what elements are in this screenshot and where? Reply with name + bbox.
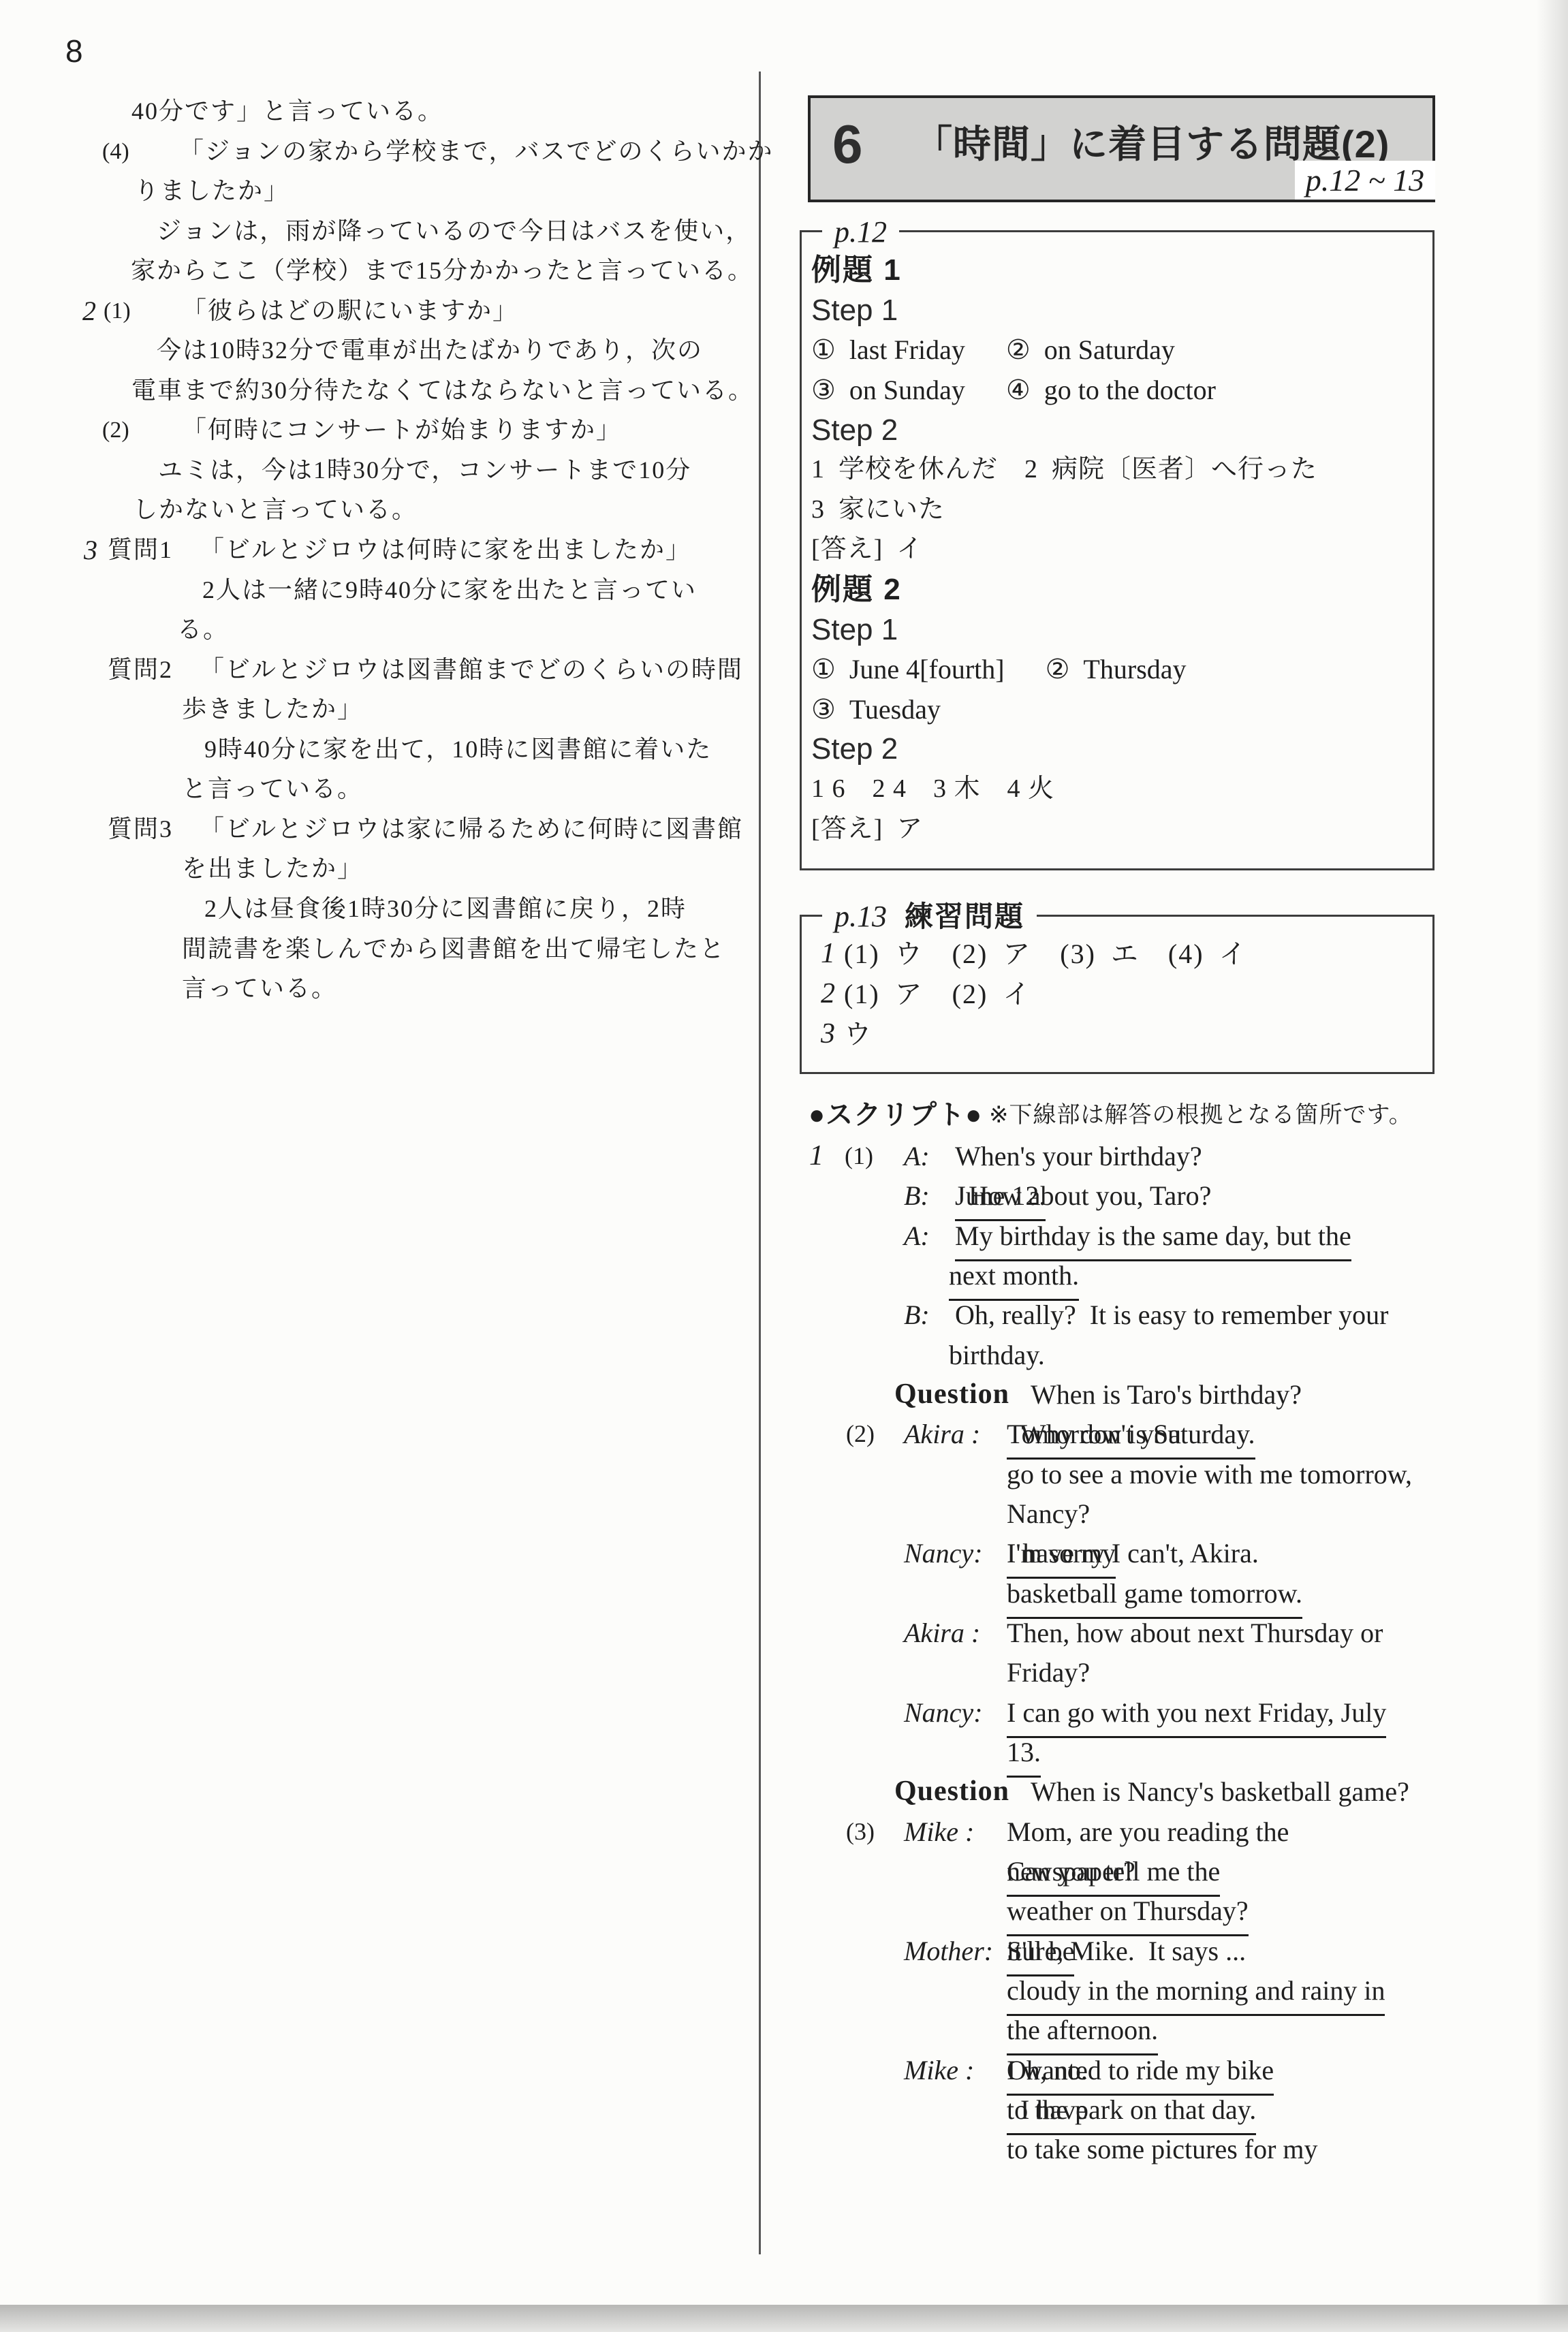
option-line: ① last Friday ② on Saturday <box>811 330 1423 370</box>
script-line: basketball game tomorrow. <box>0 1573 1568 1613</box>
script-line: A:My birthday is the same day, but the <box>0 1216 1568 1256</box>
script-line: Akira :Then, how about next Thursday or <box>0 1613 1568 1653</box>
script-line: the afternoon. <box>0 2010 1568 2050</box>
section-number: 6 <box>832 104 863 185</box>
script-line: go to see a movie with me tomorrow, <box>0 1454 1568 1494</box>
script-line: to the park on that day. I have <box>0 2090 1568 2130</box>
script-line: next month. <box>0 1255 1568 1295</box>
script-line: (3)Mike :Mom, are you reading the <box>0 1812 1568 1852</box>
section-header: 6 「時間」に着目する問題(2) p.12 ~ 13 <box>808 95 1435 202</box>
question-label: Question <box>894 1374 1009 1415</box>
option-line: 3 家にいた <box>811 490 1423 530</box>
script-line: Mother:Sure, Mike. It says ... it'll be <box>0 1931 1568 1971</box>
textbook-answer-page: 8 40分です」と言っている。 (4)「ジョンの家から学校まで，バスでどのくらい… <box>0 0 1568 2332</box>
option-line: 1 学校を休んだ 2 病院〔医者〕へ行った <box>811 450 1423 490</box>
answer-line: 2(1) ア (2) イ <box>811 974 1423 1014</box>
question-label: Question <box>894 1771 1009 1812</box>
option-line: ① June 4[fourth] ② Thursday <box>811 649 1423 689</box>
script-line: Mike :Oh, no. I wanted to ride my bike <box>0 2050 1568 2090</box>
script-line: QuestionWhen is Nancy's basketball game? <box>0 1771 1568 1812</box>
script-line: B:Oh, really? It is easy to remember you… <box>0 1295 1568 1335</box>
script-line: birthday. <box>0 1335 1568 1375</box>
script-line: B:June 12. How about you, Taro? <box>0 1176 1568 1216</box>
page-bottom-shadow <box>0 2305 1568 2332</box>
practice-title: 練習問題 <box>905 900 1024 932</box>
script-line: weather on Thursday? <box>0 1891 1568 1931</box>
script-heading: ●スクリプト● ※下線部は解答の根拠となる箇所です。 <box>0 1095 1568 1135</box>
script-line: newspaper? Can you tell me the <box>0 1851 1568 1891</box>
script-line: to take some pictures for my <box>0 2129 1568 2169</box>
step-heading: Step 1 <box>811 290 1423 330</box>
step-heading: Step 1 <box>811 610 1423 650</box>
script-line: 13. <box>0 1732 1568 1772</box>
step-heading: Step 2 <box>811 410 1423 450</box>
answer-line: 1(1) ウ (2) ア (3) エ (4) イ <box>811 934 1423 974</box>
script-line: cloudy in the morning and rainy in <box>0 1970 1568 2011</box>
script-line: Nancy? <box>0 1494 1568 1534</box>
step-heading: Step 2 <box>811 729 1423 769</box>
script-line: Friday? <box>0 1652 1568 1692</box>
page-range-label: p.12 ~ 13 <box>1295 161 1435 200</box>
option-line: 1 6 2 4 3 木 4 火 <box>811 769 1423 809</box>
option-line: ③ on Sunday ④ go to the doctor <box>811 370 1423 410</box>
answer-line: [答え] ア <box>811 809 1423 849</box>
example-heading: 例題 1 <box>811 250 1423 290</box>
script-line: Nancy:I can go with you next Friday, Jul… <box>0 1692 1568 1733</box>
script-line: (2)Akira :Tomorrow is Saturday. Why don'… <box>0 1414 1568 1454</box>
answer-line: 3ウ <box>811 1014 1423 1054</box>
script-note: ※下線部は解答の根拠となる箇所です。 <box>989 1095 1413 1135</box>
example-heading: 例題 2 <box>811 569 1423 610</box>
p13-answer-box: p.13練習問題 1(1) ウ (2) ア (3) エ (4) イ 2(1) ア… <box>800 915 1434 1074</box>
script-line: 1(1)A:When's your birthday? <box>0 1136 1568 1176</box>
script-title: ●スクリプト● <box>809 1095 982 1135</box>
page-edge-shadow <box>1537 0 1568 2332</box>
script-line: Nancy:I'm sorry I can't, Akira. I have m… <box>0 1533 1568 1573</box>
p12-answer-box: p.12 例題 1 Step 1 ① last Friday ② on Satu… <box>800 230 1434 870</box>
answer-line: [答え] イ <box>811 529 1423 569</box>
page-number: 8 <box>65 33 83 69</box>
script-line: QuestionWhen is Taro's birthday? <box>0 1374 1568 1415</box>
option-line: ③ Tuesday <box>811 689 1423 729</box>
